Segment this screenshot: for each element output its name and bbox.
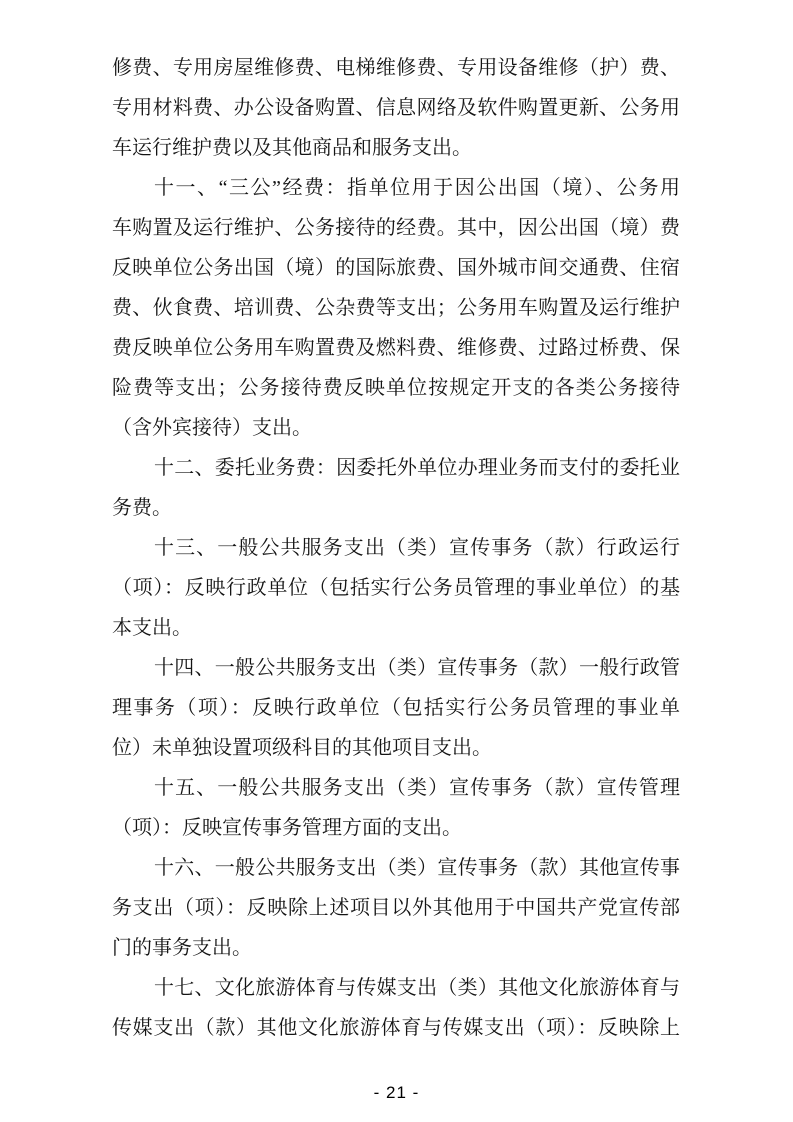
text-line: 传媒支出（款）其他文化旅游体育与传媒支出（项）：反映除上 xyxy=(112,1008,680,1048)
text-line: 务支出（项）：反映除上述项目以外其他用于中国共产党宣传部 xyxy=(112,888,680,928)
text-line: 十一、“三公”经费：指单位用于因公出国（境）、公务用 xyxy=(112,168,680,208)
document-body: 修费、专用房屋维修费、电梯维修费、专用设备维修（护）费、专用材料费、办公设备购置… xyxy=(112,48,680,1048)
text-line: 理事务（项）：反映行政单位（包括实行公务员管理的事业单 xyxy=(112,688,680,728)
text-line: 费、伙食费、培训费、公杂费等支出；公务用车购置及运行维护 xyxy=(112,288,680,328)
text-line: 十二、委托业务费：因委托外单位办理业务而支付的委托业 xyxy=(112,448,680,488)
text-line: （含外宾接待）支出。 xyxy=(112,408,680,448)
text-line: 十五、一般公共服务支出（类）宣传事务（款）宣传管理 xyxy=(112,768,680,808)
text-line: 费反映单位公务用车购置费及燃料费、维修费、过路过桥费、保 xyxy=(112,328,680,368)
text-line: 修费、专用房屋维修费、电梯维修费、专用设备维修（护）费、 xyxy=(112,48,680,88)
text-line: 十四、一般公共服务支出（类）宣传事务（款）一般行政管 xyxy=(112,648,680,688)
text-line: 专用材料费、办公设备购置、信息网络及软件购置更新、公务用 xyxy=(112,88,680,128)
text-line: 务费。 xyxy=(112,488,680,528)
text-line: 本支出。 xyxy=(112,608,680,648)
text-line: 十六、一般公共服务支出（类）宣传事务（款）其他宣传事 xyxy=(112,848,680,888)
text-line: 险费等支出；公务接待费反映单位按规定开支的各类公务接待 xyxy=(112,368,680,408)
text-line: 车运行维护费以及其他商品和服务支出。 xyxy=(112,128,680,168)
text-line: 十七、文化旅游体育与传媒支出（类）其他文化旅游体育与 xyxy=(112,968,680,1008)
text-line: 十三、一般公共服务支出（类）宣传事务（款）行政运行 xyxy=(112,528,680,568)
text-line: （项）：反映行政单位（包括实行公务员管理的事业单位）的基 xyxy=(112,568,680,608)
document-page: 修费、专用房屋维修费、电梯维修费、专用设备维修（护）费、专用材料费、办公设备购置… xyxy=(0,0,793,1122)
page-number: - 21 - xyxy=(0,1083,793,1103)
text-line: 位）未单独设置项级科目的其他项目支出。 xyxy=(112,728,680,768)
text-line: （项）：反映宣传事务管理方面的支出。 xyxy=(112,808,680,848)
text-line: 门的事务支出。 xyxy=(112,928,680,968)
text-line: 车购置及运行维护、公务接待的经费。其中，因公出国（境）费 xyxy=(112,208,680,248)
text-line: 反映单位公务出国（境）的国际旅费、国外城市间交通费、住宿 xyxy=(112,248,680,288)
